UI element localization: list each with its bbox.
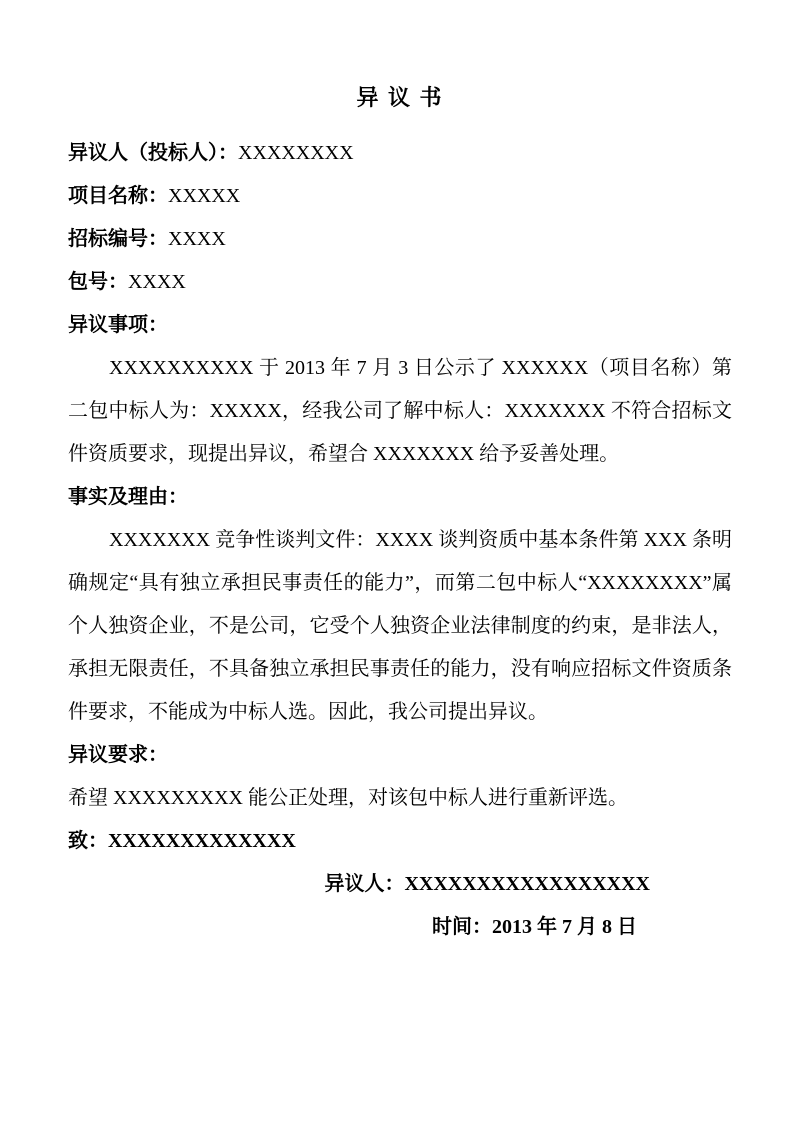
- section-paragraph-objection-request: 希望 XXXXXXXXX 能公正处理，对该包中标人进行重新评选。: [68, 777, 732, 820]
- document-title: 异 议 书: [68, 76, 732, 120]
- section-paragraph-facts-and-reasons: XXXXXXX 竞争性谈判文件：XXXX 谈判资质中基本条件第 XXX 条明确规…: [68, 519, 732, 734]
- field-label-package-number: 包号：: [68, 271, 128, 293]
- field-value-tender-number: XXXX: [168, 228, 226, 250]
- signature-value: XXXXXXXXXXXXXXXXX: [404, 873, 650, 895]
- section-heading-facts-and-reasons: 事实及理由：: [68, 476, 732, 519]
- date-label: 时间：: [432, 916, 492, 938]
- field-value-objector: XXXXXXXX: [238, 142, 354, 164]
- field-row-objector: 异议人（投标人）：XXXXXXXX: [68, 132, 732, 175]
- field-row-tender-number: 招标编号：XXXX: [68, 218, 732, 261]
- date-line: 时间：2013 年 7 月 8 日: [68, 906, 732, 949]
- section-heading-objection-request: 异议要求：: [68, 734, 732, 777]
- signature-label: 异议人：: [324, 873, 404, 895]
- field-row-project-name: 项目名称：XXXXX: [68, 175, 732, 218]
- section-heading-objection-matter: 异议事项：: [68, 304, 732, 347]
- signature-line: 异议人：XXXXXXXXXXXXXXXXX: [68, 863, 732, 906]
- field-label-objector: 异议人（投标人）：: [68, 142, 238, 164]
- date-value: 2013 年 7 月 8 日: [492, 916, 637, 938]
- field-value-package-number: XXXX: [128, 271, 186, 293]
- addressee-label: 致：: [68, 830, 108, 852]
- document-page: 异 议 书 异议人（投标人）：XXXXXXXX 项目名称：XXXXX 招标编号：…: [0, 0, 800, 1132]
- field-label-tender-number: 招标编号：: [68, 228, 168, 250]
- addressee-line: 致：XXXXXXXXXXXXX: [68, 820, 732, 863]
- field-row-package-number: 包号：XXXX: [68, 261, 732, 304]
- field-label-project-name: 项目名称：: [68, 185, 168, 207]
- addressee-value: XXXXXXXXXXXXX: [108, 830, 296, 852]
- field-value-project-name: XXXXX: [168, 185, 240, 207]
- section-paragraph-objection-matter: XXXXXXXXXX 于 2013 年 7 月 3 日公示了 XXXXXX（项目…: [68, 347, 732, 476]
